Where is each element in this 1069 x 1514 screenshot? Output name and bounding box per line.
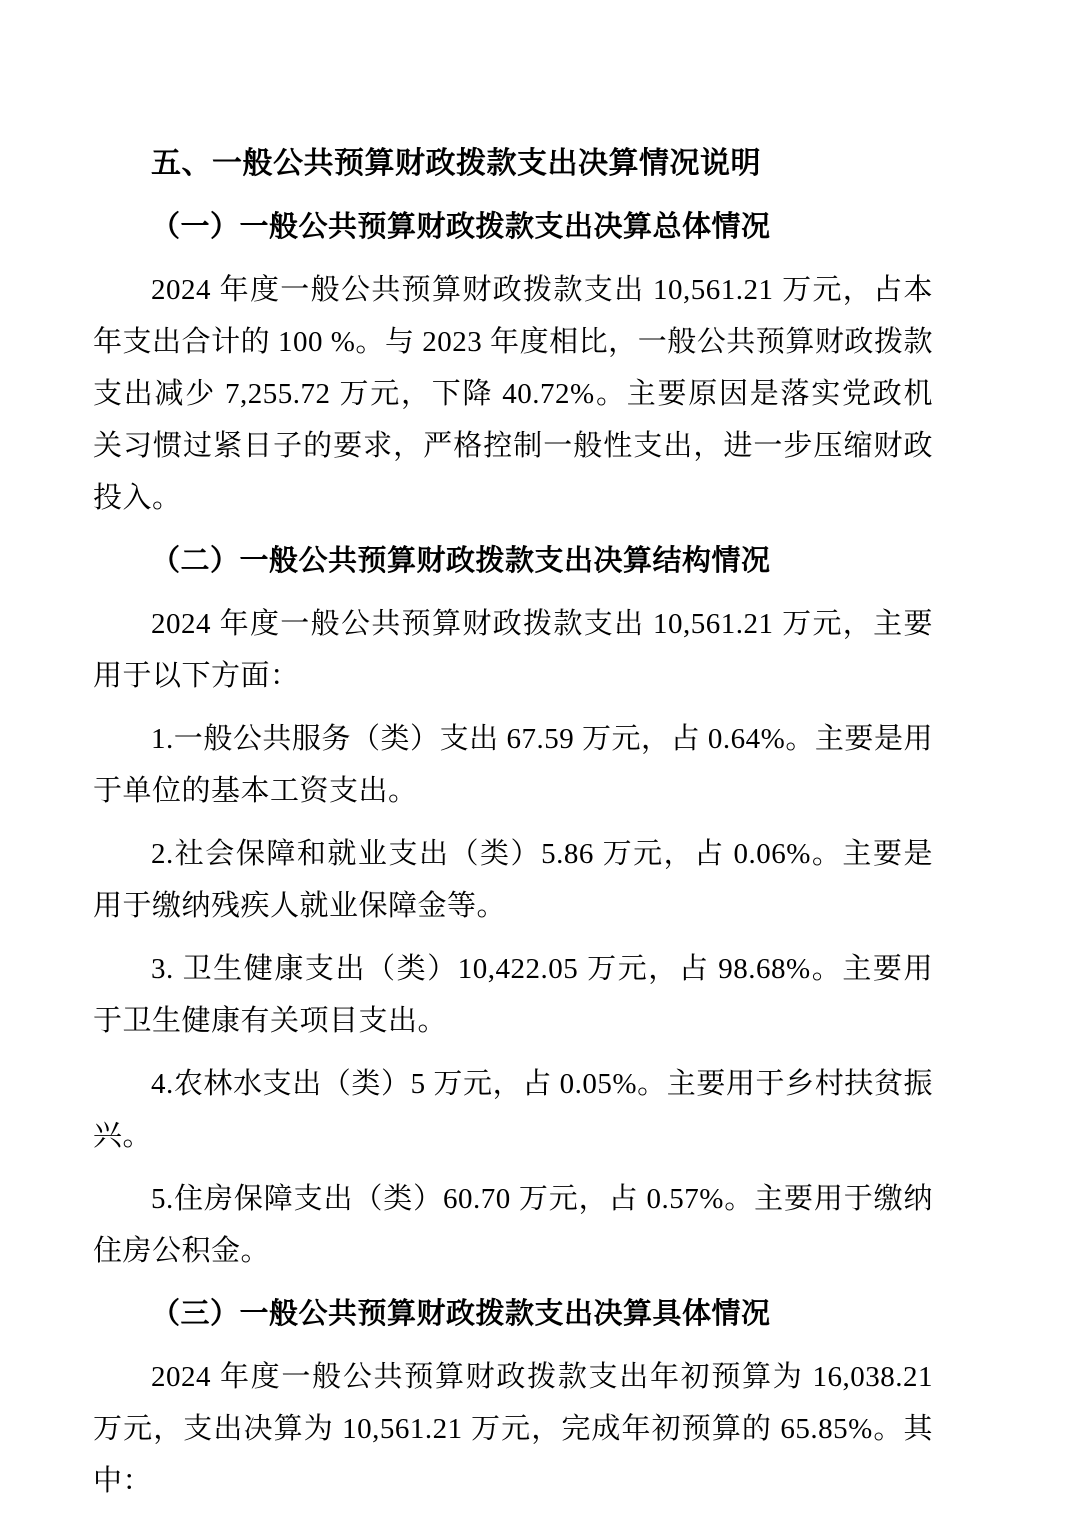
paragraph-specific-budget-completion: 2024 年度一般公共预算财政拨款支出年初预算为 16,038.21 万元，支出… <box>93 1351 933 1507</box>
paragraph-item-1-general-public-services: 1.一般公共服务（类）支出 67.59 万元，占 0.64%。主要是用于单位的基… <box>93 713 933 817</box>
paragraph-item-2-social-security-employment: 2.社会保障和就业支出（类）5.86 万元，占 0.06%。主要是用于缴纳残疾人… <box>93 828 933 932</box>
subsection-heading-overall-situation: （一）一般公共预算财政拨款支出决算总体情况 <box>93 201 933 253</box>
section-heading-fiscal-expenditure-explanation: 五、一般公共预算财政拨款支出决算情况说明 <box>93 138 933 190</box>
paragraph-structure-intro: 2024 年度一般公共预算财政拨款支出 10,561.21 万元，主要用于以下方… <box>93 598 933 702</box>
paragraph-overall-expenditure: 2024 年度一般公共预算财政拨款支出 10,561.21 万元，占本年支出合计… <box>93 264 933 524</box>
paragraph-item-3-health: 3. 卫生健康支出（类）10,422.05 万元，占 98.68%。主要用于卫生… <box>93 943 933 1047</box>
document-page: 五、一般公共预算财政拨款支出决算情况说明 （一）一般公共预算财政拨款支出决算总体… <box>0 0 1069 1514</box>
paragraph-item-5-housing-security: 5.住房保障支出（类）60.70 万元，占 0.57%。主要用于缴纳住房公积金。 <box>93 1173 933 1277</box>
subsection-heading-structure-situation: （二）一般公共预算财政拨款支出决算结构情况 <box>93 535 933 587</box>
paragraph-item-4-agriculture-forestry-water: 4.农林水支出（类）5 万元，占 0.05%。主要用于乡村扶贫振兴。 <box>93 1058 933 1162</box>
subsection-heading-specific-situation: （三）一般公共预算财政拨款支出决算具体情况 <box>93 1288 933 1340</box>
